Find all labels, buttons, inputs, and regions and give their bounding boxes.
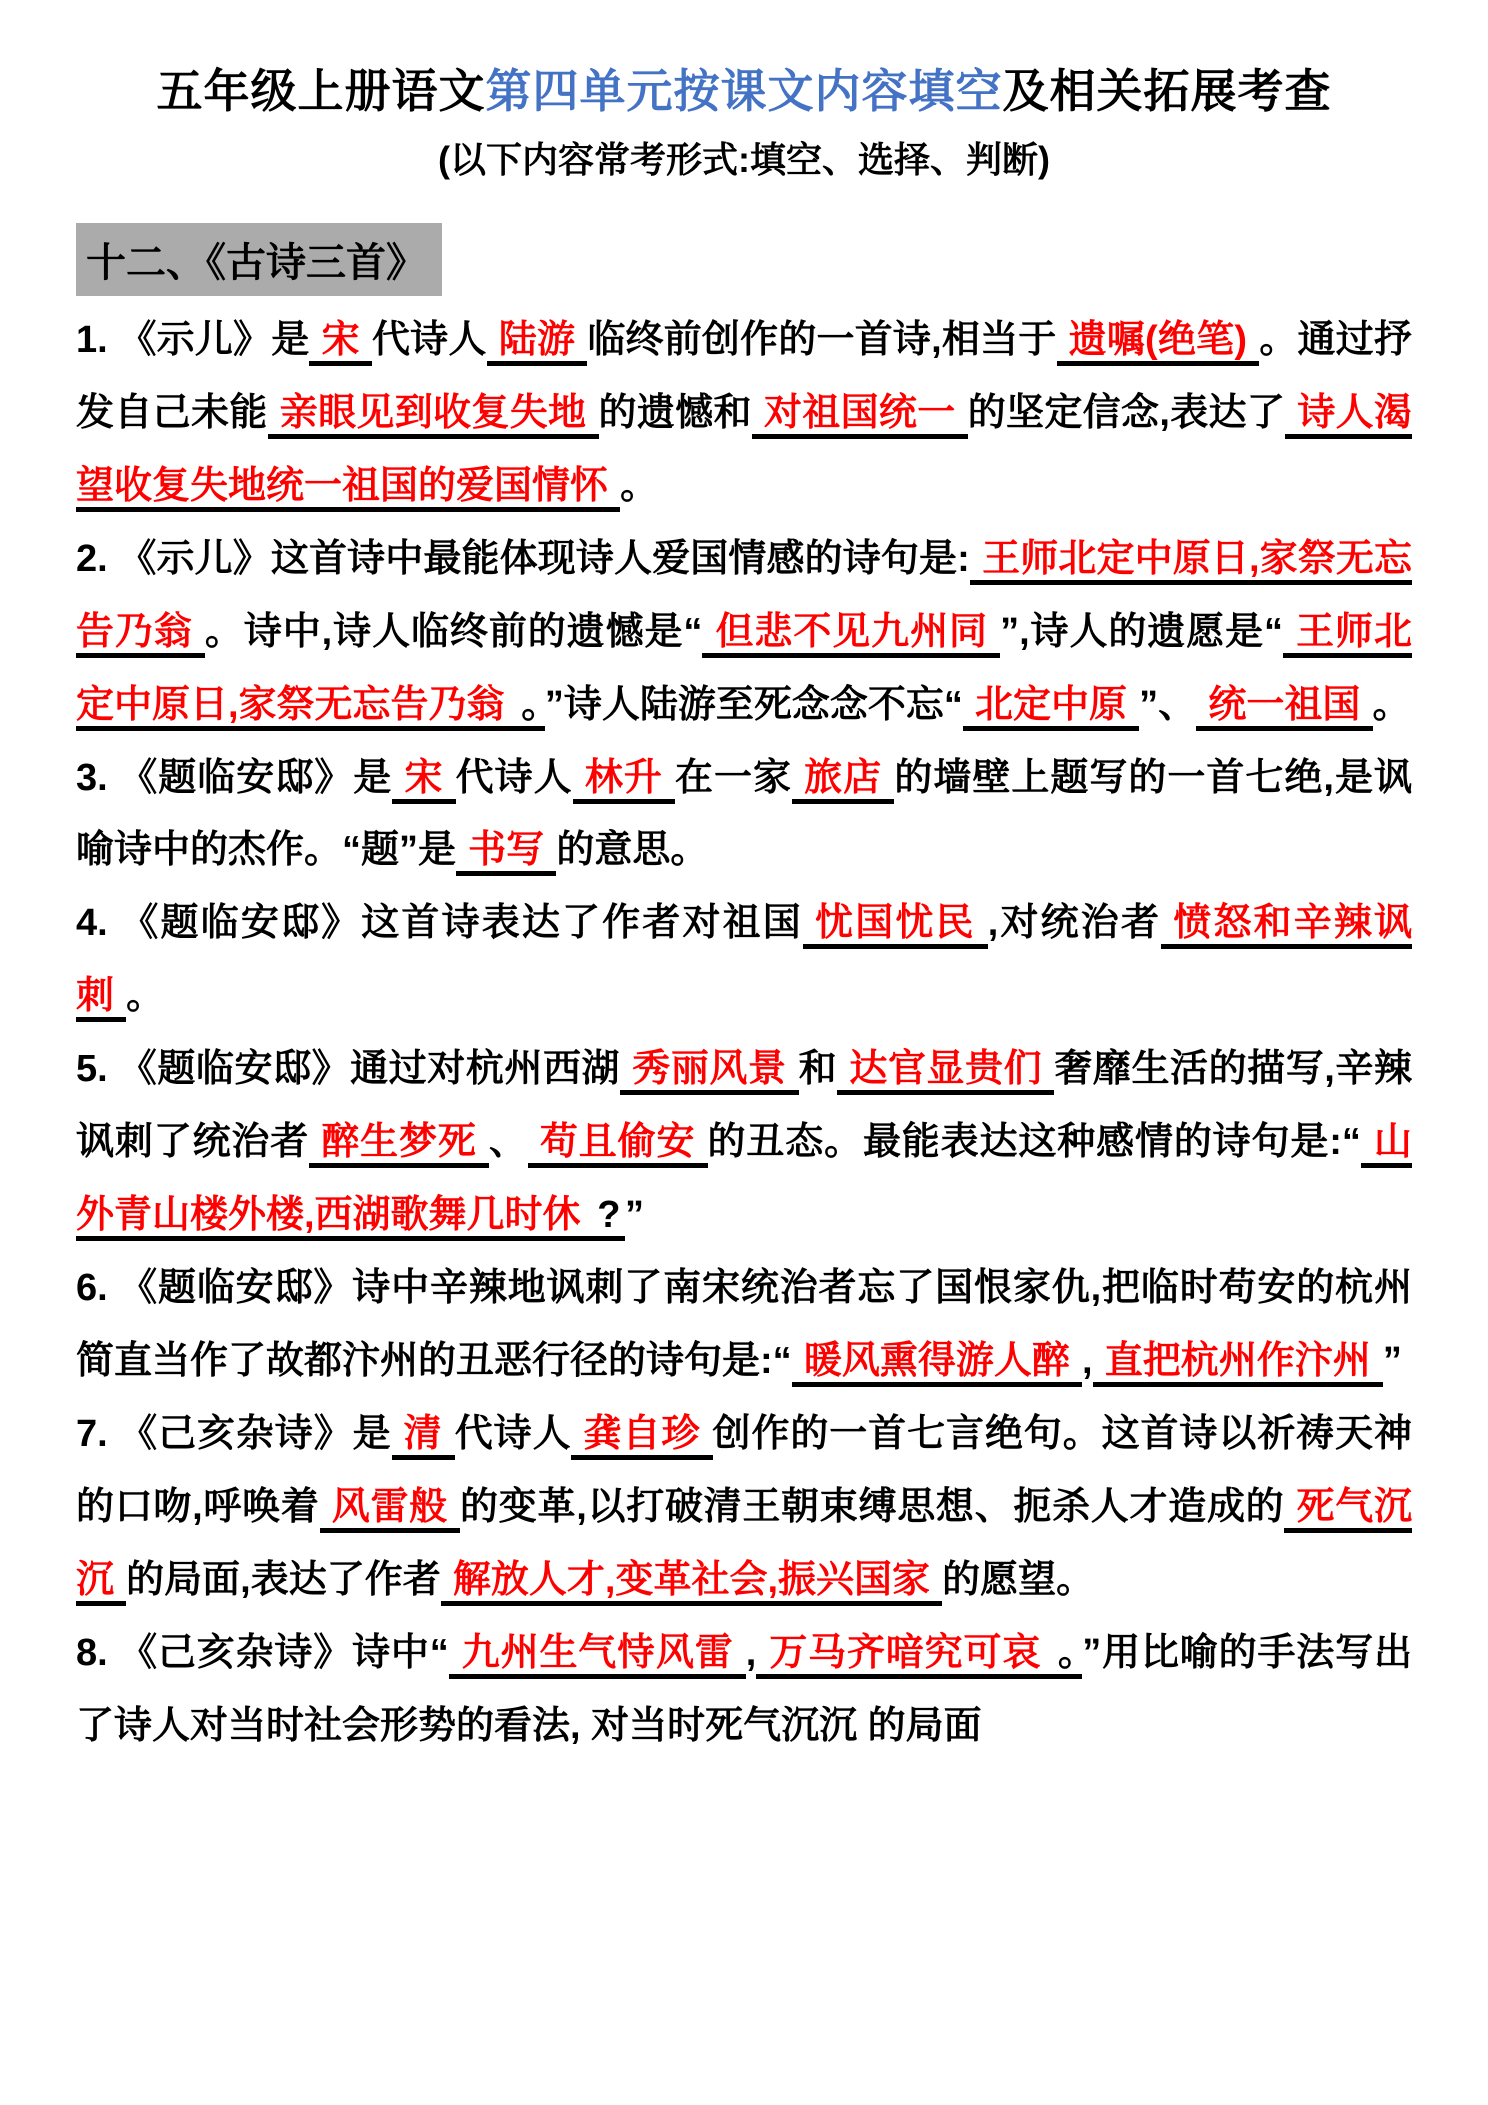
question-text: 的意思。 xyxy=(556,829,708,871)
question-text: 2. 《示儿》这首诗中最能体现诗人爱国情感的诗句是: xyxy=(76,538,970,580)
document-page: 五年级上册语文第四单元按课文内容填空及相关拓展考查 (以下内容常考形式:填空、选… xyxy=(0,0,1488,2105)
answer-blank-filled: 宋 xyxy=(309,319,372,366)
answer-blank-filled: 对祖国统一 xyxy=(752,392,968,439)
question-text: 的愿望。 xyxy=(942,1559,1094,1601)
question-text: 8. 《己亥杂诗》诗中“ xyxy=(76,1632,449,1674)
answer-blank-filled: 林升 xyxy=(573,757,675,804)
question-text: 的遗憾和 xyxy=(599,392,752,434)
question-text: 。 xyxy=(620,465,658,507)
answer-blank-filled: 旅店 xyxy=(792,757,894,804)
answer-blank-filled: 苟且偷安 xyxy=(528,1121,708,1168)
page-title: 五年级上册语文第四单元按课文内容填空及相关拓展考查 xyxy=(76,62,1412,122)
question-text: 7. 《己亥杂诗》是 xyxy=(76,1413,392,1455)
answer-blank-filled: 亲眼见到收复失地 xyxy=(268,392,599,439)
answer-blank-filled: 解放人才,变革社会,振兴国家 xyxy=(441,1559,942,1606)
question-text: , xyxy=(746,1632,757,1674)
answer-blank-filled: 风雷般 xyxy=(320,1486,460,1533)
question-text: 临终前创作的一首诗,相当于 xyxy=(587,319,1056,361)
answer-blank-filled: 秀丽风景 xyxy=(620,1048,799,1095)
question-paragraph: 4. 《题临安邸》这首诗表达了作者对祖国忧国忧民,对统治者愤怒和辛辣讽刺。 xyxy=(76,887,1412,1033)
question-text: 。 xyxy=(1373,684,1411,726)
page-subtitle: (以下内容常考形式:填空、选择、判断) xyxy=(76,132,1412,183)
question-text: 5. 《题临安邸》通过对杭州西湖 xyxy=(76,1048,620,1090)
answer-blank-filled: 直把杭州作汴州 xyxy=(1093,1340,1383,1387)
answer-blank-punctuation: ? xyxy=(593,1194,625,1241)
question-text: ”、 xyxy=(1139,684,1196,726)
question-paragraph: 5. 《题临安邸》通过对杭州西湖秀丽风景和达官显贵们奢靡生活的描写,辛辣讽刺了统… xyxy=(76,1033,1412,1252)
question-text: 4. 《题临安邸》这首诗表达了作者对祖国 xyxy=(76,902,803,944)
question-text: 代诗人 xyxy=(456,757,573,799)
question-paragraph: 7. 《己亥杂诗》是清代诗人龚自珍创作的一首七言绝句。这首诗以祈祷天神的口吻,呼… xyxy=(76,1398,1412,1617)
answer-blank-punctuation: 。 xyxy=(1053,1632,1082,1679)
question-text: ” xyxy=(1383,1340,1402,1382)
question-paragraph: 8. 《己亥杂诗》诗中“九州生气恃风雷,万马齐喑究可哀。”用比喻的手法写出了诗人… xyxy=(76,1617,1412,1763)
answer-blank-filled: 万马齐喑究可哀 xyxy=(756,1632,1053,1679)
question-text: , xyxy=(1082,1340,1093,1382)
question-text: ”诗人陆游至死念念不忘“ xyxy=(545,684,963,726)
answer-blank-filled: 但悲不见九州同 xyxy=(702,611,1000,658)
question-text: 代诗人 xyxy=(455,1413,572,1455)
answer-blank-punctuation: 。 xyxy=(517,684,545,731)
question-text: 3. 《题临安邸》是 xyxy=(76,757,392,799)
question-text: 代诗人 xyxy=(372,319,487,361)
answer-blank-filled: 忧国忧民 xyxy=(803,902,988,949)
question-text: 的局面,表达了作者 xyxy=(126,1559,441,1601)
answer-blank-filled: 书写 xyxy=(456,829,556,876)
answer-blank-filled: 统一祖国 xyxy=(1196,684,1372,731)
answer-blank-filled: 北定中原 xyxy=(963,684,1139,731)
section-heading: 十二、《古诗三首》 xyxy=(76,223,442,296)
question-text: 。 xyxy=(126,975,164,1017)
answer-blank-filled: 达官显贵们 xyxy=(837,1048,1054,1095)
question-paragraph: 1. 《示儿》是宋代诗人陆游临终前创作的一首诗,相当于遗嘱(绝笔)。通过抒发自己… xyxy=(76,304,1412,523)
question-text: 的丑态。最能表达这种感情的诗句是:“ xyxy=(708,1121,1361,1163)
answer-blank-filled: 清 xyxy=(392,1413,455,1460)
question-text: ,对统治者 xyxy=(988,902,1161,944)
answer-blank-filled: 宋 xyxy=(392,757,455,804)
title-text-right: 及相关拓展考查 xyxy=(1003,65,1332,117)
answer-blank-filled: 醉生梦死 xyxy=(309,1121,489,1168)
question-text: 。诗中,诗人临终前的遗憾是“ xyxy=(205,611,703,653)
answer-blank-filled: 遗嘱(绝笔) xyxy=(1057,319,1260,366)
question-list: 1. 《示儿》是宋代诗人陆游临终前创作的一首诗,相当于遗嘱(绝笔)。通过抒发自己… xyxy=(76,304,1412,1763)
question-text: ”,诗人的遗愿是“ xyxy=(1000,611,1283,653)
answer-blank-filled: 陆游 xyxy=(487,319,588,366)
question-text: 1. 《示儿》是 xyxy=(76,319,309,361)
title-text-left: 五年级上册语文 xyxy=(157,65,486,117)
question-text: 、 xyxy=(489,1121,528,1163)
answer-blank-filled: 暖风熏得游人醉 xyxy=(792,1340,1082,1387)
question-text: 的坚定信念,表达了 xyxy=(968,392,1285,434)
question-text: 在一家 xyxy=(675,757,792,799)
question-paragraph: 2. 《示儿》这首诗中最能体现诗人爱国情感的诗句是:王师北定中原日,家祭无忘告乃… xyxy=(76,523,1412,742)
question-text: 和 xyxy=(799,1048,838,1090)
answer-blank-filled: 九州生气恃风雷 xyxy=(449,1632,746,1679)
title-text-highlight-blue: 第四单元按课文内容填空 xyxy=(486,65,1003,117)
question-paragraph: 6. 《题临安邸》诗中辛辣地讽刺了南宋统治者忘了国恨家仇,把临时苟安的杭州简直当… xyxy=(76,1252,1412,1398)
question-text: 的变革,以打破清王朝束缚思想、扼杀人才造成的 xyxy=(460,1486,1284,1528)
question-text: ” xyxy=(625,1194,644,1236)
answer-blank-filled: 龚自珍 xyxy=(571,1413,712,1460)
question-paragraph: 3. 《题临安邸》是宋代诗人林升在一家旅店的墙壁上题写的一首七绝,是讽喻诗中的杰… xyxy=(76,742,1412,888)
